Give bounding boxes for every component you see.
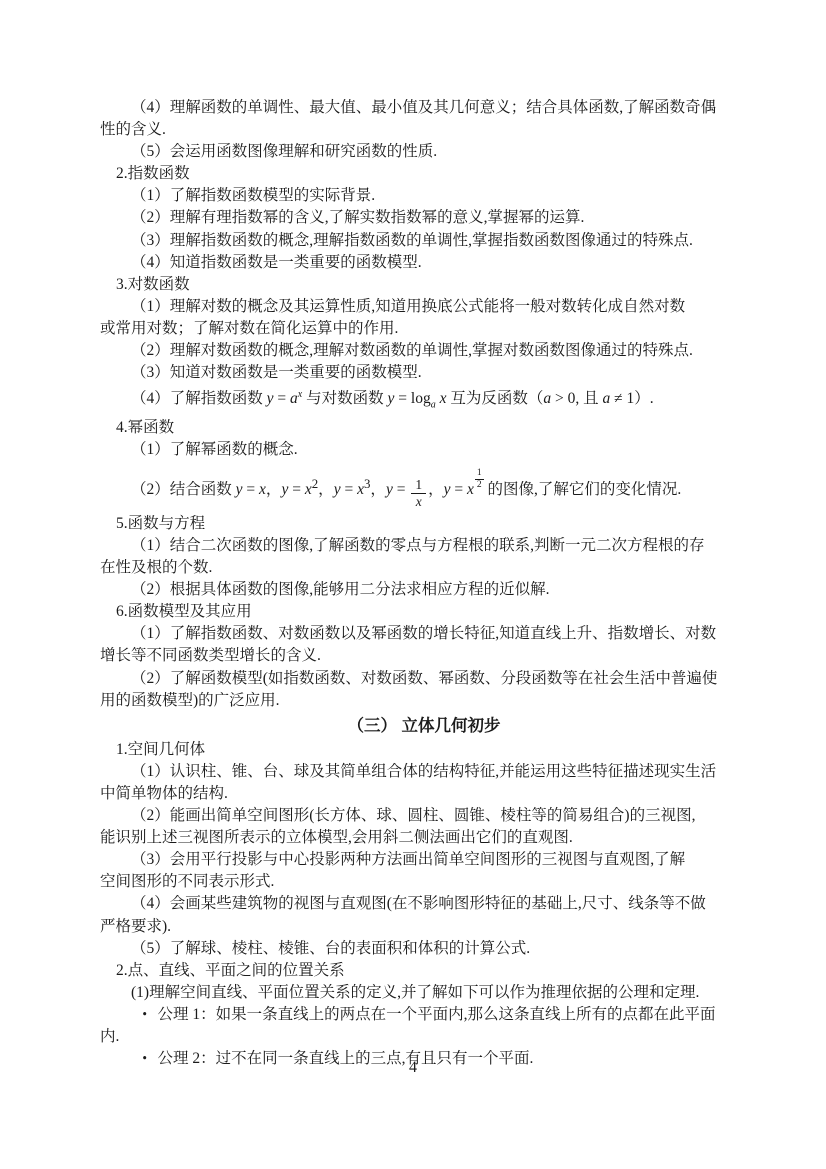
math-var: y (334, 481, 341, 498)
fraction-numerator: 1 (411, 478, 426, 494)
text-line: (1)理解空间直线、平面位置关系的定义,并了解如下可以作为推理依据的公理和定理. (100, 982, 748, 1004)
text-line: （2）理解对数函数的概念,理解对数函数的单调性,掌握对数函数图像通过的特殊点. (100, 340, 748, 362)
subsection-title: 2.指数函数 (100, 163, 748, 185)
section-heading: （三） 立体几何初步 (100, 714, 748, 739)
math-text: = (341, 481, 358, 498)
text-line-formula-power: （2）结合函数 y = x，y = x2，y = x3，y = 1x，y = x… (100, 461, 748, 513)
text-line: （2）根据具体函数的图像,能够用二分法求相应方程的近似解. (100, 579, 748, 601)
subsection-title: 1.空间几何体 (100, 739, 748, 761)
text-line: （4）知道指数函数是一类重要的函数模型. (100, 252, 748, 274)
math-text: ≠ 1）. (610, 390, 653, 407)
axiom-text: 公理 1：如果一条直线上的两点在一个平面内,那么这条直线上所有的点都在此平面 (157, 1006, 715, 1023)
math-var: y (386, 481, 393, 498)
math-text: ， (266, 481, 282, 498)
math-text: = (274, 390, 291, 407)
math-var: x (436, 390, 447, 407)
content-block: （4）理解函数的单调性、最大值、最小值及其几何意义；结合具体函数,了解函数奇偶 … (100, 97, 748, 1070)
text-line: （3）理解指数函数的概念,理解指数函数的单调性,掌握指数函数图像通过的特殊点. (100, 230, 748, 252)
math-text: ， (318, 481, 334, 498)
math-text: （2）结合函数 (131, 481, 236, 498)
math-var: a (543, 390, 551, 407)
math-text: = log (394, 390, 430, 407)
subsection-title: 2.点、直线、平面之间的位置关系 (100, 960, 748, 982)
text-line: 内. (100, 1026, 748, 1048)
bullet-icon: • (142, 1006, 147, 1025)
math-text: 的图像,了解它们的变化情况. (484, 481, 682, 498)
math-var: x (467, 481, 474, 498)
text-line: （2）能画出简单空间图形(长方体、球、圆柱、圆锥、棱柱等的简易组合)的三视图, (100, 805, 748, 827)
math-var: y (267, 390, 274, 407)
axiom-list-item: •公理 1：如果一条直线上的两点在一个平面内,那么这条直线上所有的点都在此平面 (100, 1004, 748, 1026)
text-line: （3）会用平行投影与中心投影两种方法画出简单空间图形的三视图与直观图,了解 (100, 849, 748, 871)
text-line: 空间图形的不同表示形式. (100, 871, 748, 893)
text-line: （4）会画某些建筑物的视图与直观图(在不影响图形特征的基础上,尺寸、线条等不做 (100, 893, 748, 915)
text-line: 或常用对数；了解对数在简化运算中的作用. (100, 318, 748, 340)
text-line: （1）了解幂函数的概念. (100, 439, 748, 461)
math-text: > 0, 且 (551, 390, 602, 407)
subsection-title: 5.函数与方程 (100, 513, 748, 535)
math-text: = (243, 481, 260, 498)
math-text: 互为反函数（ (446, 390, 543, 407)
text-line: 能识别上述三视图所表示的立体模型,会用斜二侧法画出它们的直观图. (100, 827, 748, 849)
math-text: ， (428, 481, 444, 498)
text-line: （1）结合二次函数的图像,了解函数的零点与方程根的联系,判断一元二次方程根的存 (100, 535, 748, 557)
text-line: 增长等不同函数类型增长的含义. (100, 645, 748, 667)
text-line: （1）认识柱、锥、台、球及其简单组合体的结构特征,并能运用这些特征描述现实生活 (100, 761, 748, 783)
math-var: y (236, 481, 243, 498)
subsection-title: 6.函数模型及其应用 (100, 601, 748, 623)
math-text: 与对数函数 (302, 390, 387, 407)
exponent-denominator: 2 (475, 480, 484, 491)
text-line: （1）了解指数函数模型的实际背景. (100, 185, 748, 207)
subsection-title: 4.幂函数 (100, 417, 748, 439)
math-var: x (259, 481, 266, 498)
text-line: （3）知道对数函数是一类重要的函数模型. (100, 362, 748, 384)
exponent-numerator: 1 (475, 469, 484, 480)
math-var: x (305, 481, 312, 498)
text-line: （1）理解对数的概念及其运算性质,知道用换底公式能将一般对数转化成自然对数 (100, 296, 748, 318)
text-line: 性的含义. (100, 119, 748, 141)
text-line: 用的函数模型)的广泛应用. (100, 690, 748, 712)
fraction-one-over-x: 1x (411, 478, 426, 509)
subsection-title: 3.对数函数 (100, 274, 748, 296)
math-var: x (357, 481, 364, 498)
math-text: （4）了解指数函数 (131, 390, 267, 407)
text-line: （2）理解有理指数幂的含义,了解实数指数幂的意义,掌握幂的运算. (100, 207, 748, 229)
text-line: 中简单物体的结构. (100, 783, 748, 805)
text-line: （4）理解函数的单调性、最大值、最小值及其几何意义；结合具体函数,了解函数奇偶 (100, 97, 748, 119)
fraction-denominator: x (411, 494, 426, 509)
math-var: a (290, 390, 298, 407)
document-page: （4）理解函数的单调性、最大值、最小值及其几何意义；结合具体函数,了解函数奇偶 … (0, 0, 826, 1169)
math-text: = (288, 481, 305, 498)
math-text: = (450, 481, 467, 498)
exponent-one-half: 12 (475, 469, 484, 491)
text-line: （5）会运用函数图像理解和研究函数的性质. (100, 141, 748, 163)
text-line: 在性及根的个数. (100, 557, 748, 579)
text-line: （1）了解指数函数、对数函数以及幂函数的增长特征,知道直线上升、指数增长、对数 (100, 623, 748, 645)
math-text: = (393, 481, 410, 498)
text-line-formula-log: （4）了解指数函数 y = ax 与对数函数 y = loga x 互为反函数（… (100, 384, 748, 416)
math-text: ， (370, 481, 386, 498)
page-number: 4 (0, 1058, 826, 1078)
text-line: （2）了解函数模型(如指数函数、对数函数、幂函数、分段函数等在社会生活中普遍使 (100, 668, 748, 690)
text-line: （5）了解球、棱柱、棱锥、台的表面积和体积的计算公式. (100, 938, 748, 960)
text-line: 严格要求). (100, 916, 748, 938)
